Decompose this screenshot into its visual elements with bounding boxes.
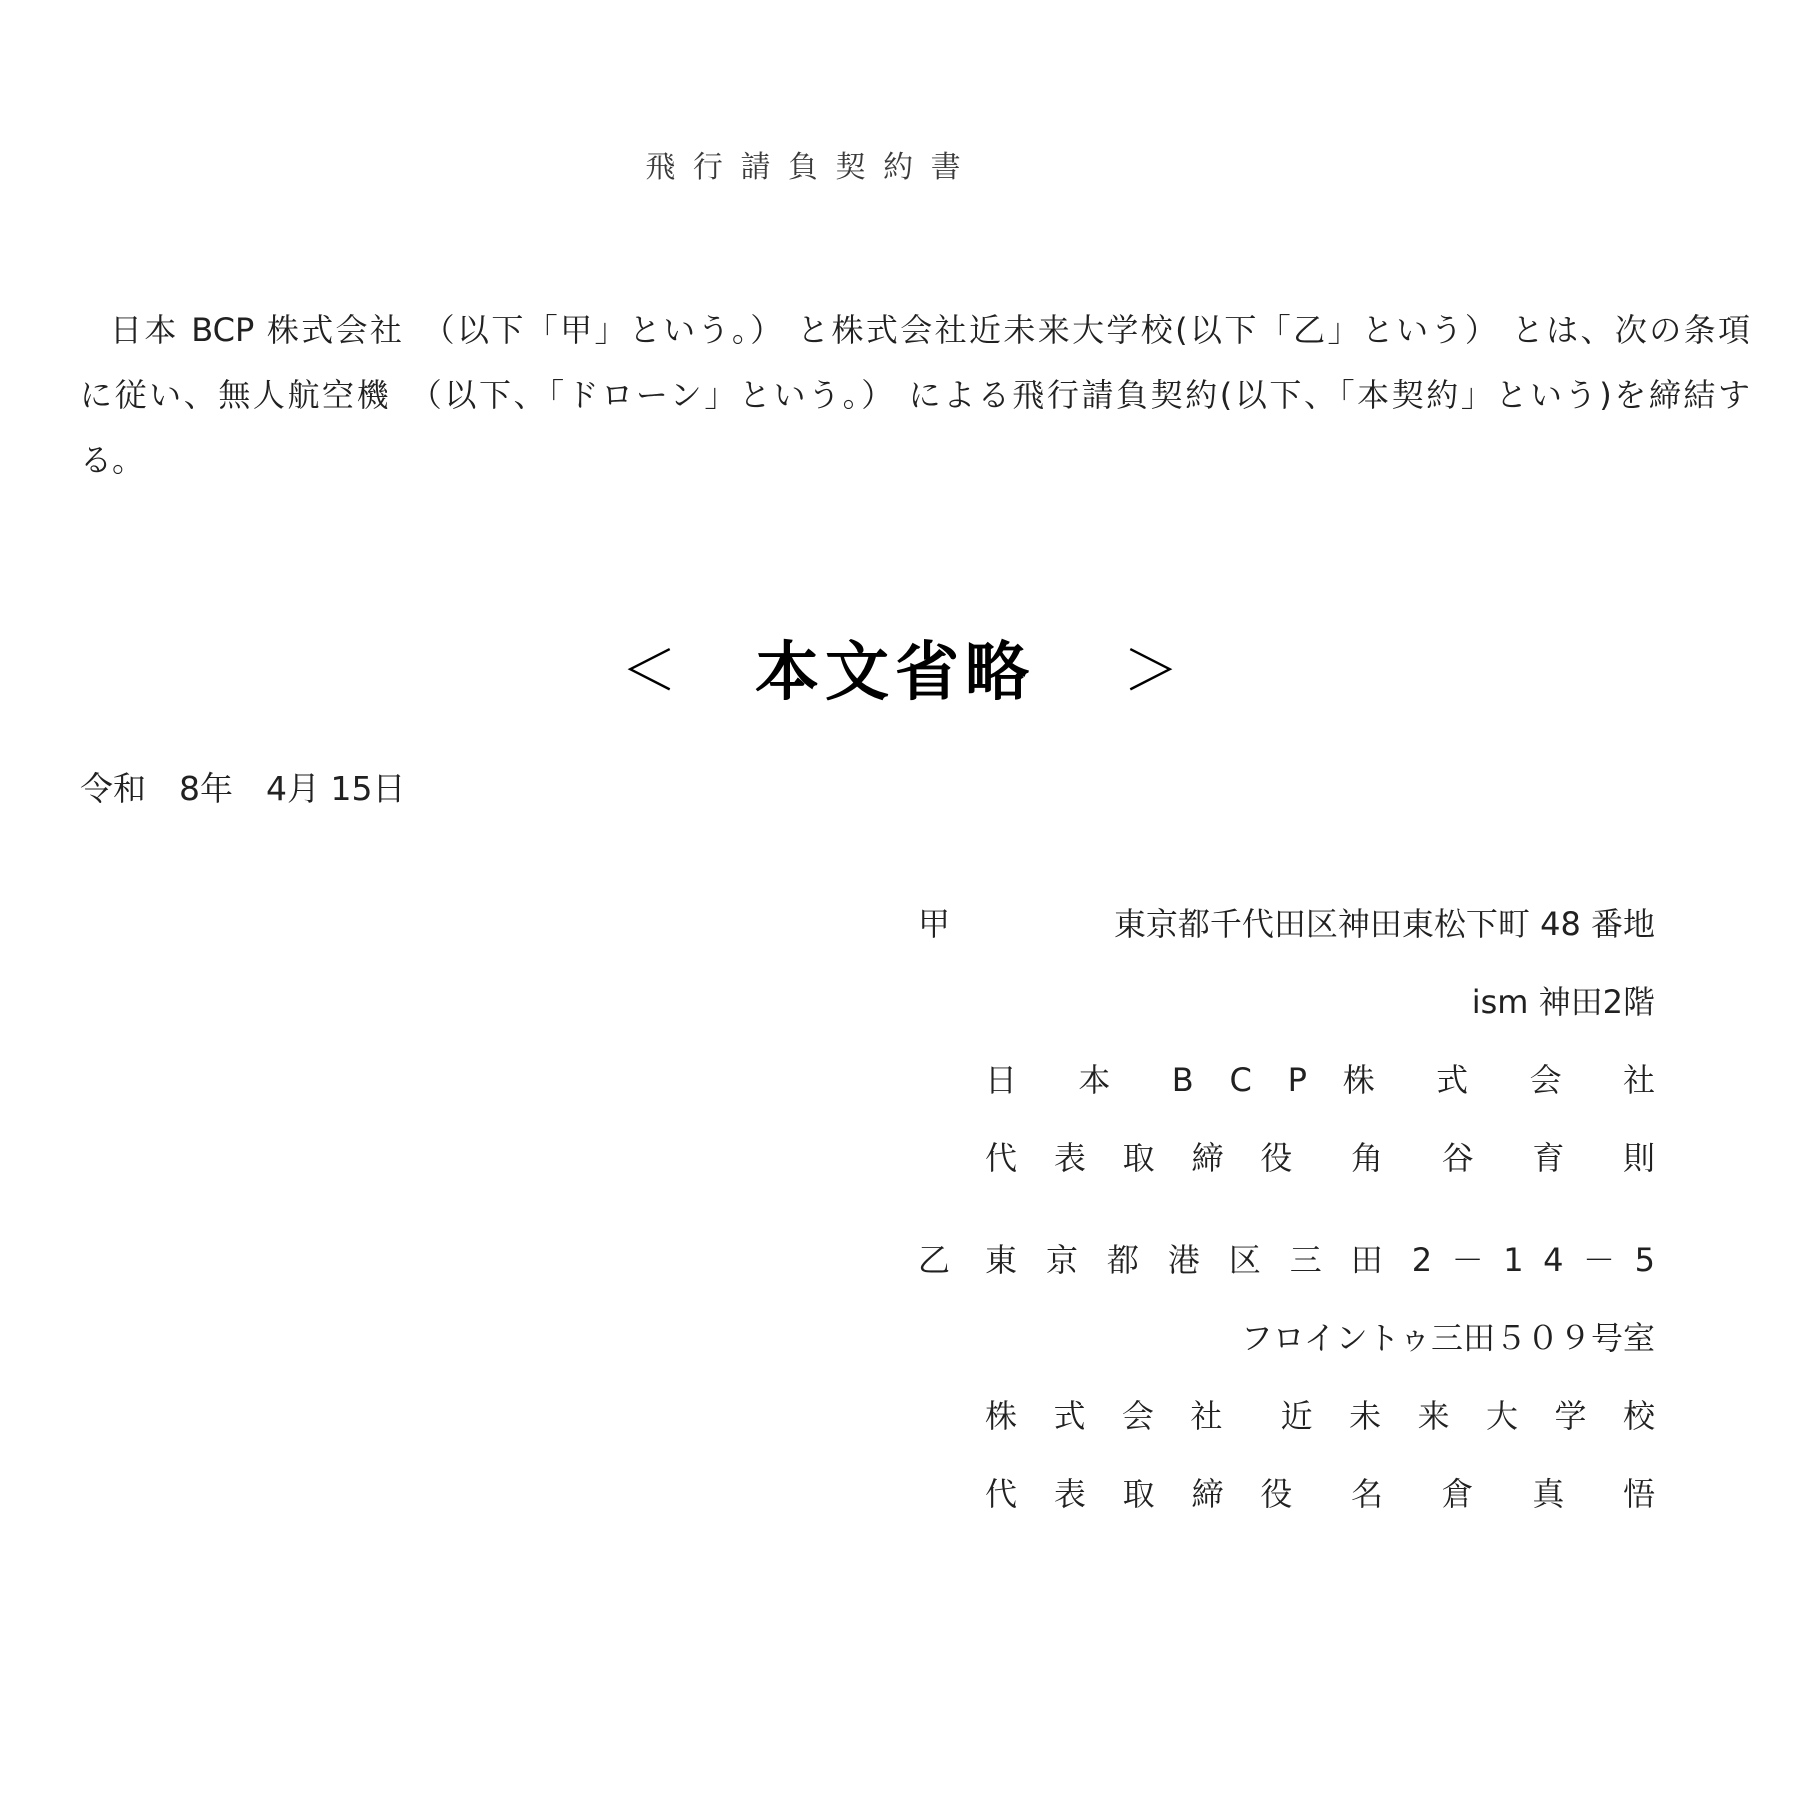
party-kou-building-line: ism 神田2階: [985, 963, 1655, 1041]
spacer: [918, 1119, 985, 1197]
party-kou-company-name: 日 本 B C P 株 式 会 社: [985, 1041, 1655, 1119]
omission-label: 本文省略: [755, 621, 1035, 713]
party-otsu-representative-name: 代 表 取 締 役 名 倉 真 悟: [985, 1455, 1655, 1533]
party-otsu-representative-row: 代 表 取 締 役 名 倉 真 悟: [918, 1455, 1655, 1533]
contract-date: 令和 8年 4月 15日: [80, 769, 1800, 809]
party-block-kou: 甲 東京都千代田区神田東松下町 48 番地 ism 神田2階 日 本 B C P…: [918, 885, 1655, 1197]
intro-paragraph: 日本 BCP 株式会社 （以下「甲」という。） と株式会社近未来大学校(以下「乙…: [80, 298, 1750, 493]
party-otsu-address-line: 東 京 都 港 区 三 田 2 － 1 4 － 5: [985, 1221, 1655, 1299]
omitted-body-heading: ＜ 本文省略 ＞: [0, 621, 1800, 713]
party-kou-address-row: 甲 東京都千代田区神田東松下町 48 番地: [918, 885, 1655, 963]
party-otsu-company-row: 株 式 会 社 近 未 来 大 学 校: [918, 1377, 1655, 1455]
paragraph-line-2: に従い、無人航空機 （以下、「ドローン」という。） による飛行請負契約(以下、「…: [80, 363, 1750, 428]
party-otsu-company-name: 株 式 会 社 近 未 来 大 学 校: [985, 1377, 1655, 1455]
party-otsu-address-row: 乙 東 京 都 港 区 三 田 2 － 1 4 － 5: [918, 1221, 1655, 1299]
document-title: 飛 行 請 負 契 約 書: [0, 150, 1705, 186]
close-angle-bracket: ＞: [1123, 627, 1179, 707]
party-otsu-label: 乙: [918, 1221, 985, 1299]
open-angle-bracket: ＜: [621, 627, 677, 707]
paragraph-line-3: る。: [80, 428, 1750, 493]
party-block-otsu: 乙 東 京 都 港 区 三 田 2 － 1 4 － 5 フロイントゥ三田５０９号…: [918, 1221, 1655, 1533]
party-kou-representative-name: 代 表 取 締 役 角 谷 育 則: [985, 1119, 1655, 1197]
spacer: [918, 1299, 985, 1377]
party-kou-company-row: 日 本 B C P 株 式 会 社: [918, 1041, 1655, 1119]
paragraph-line-1: 日本 BCP 株式会社 （以下「甲」という。） と株式会社近未来大学校(以下「乙…: [80, 298, 1750, 363]
spacer: [918, 1041, 985, 1119]
party-kou-address-line: 東京都千代田区神田東松下町 48 番地: [985, 885, 1655, 963]
party-kou-address2-row: ism 神田2階: [918, 963, 1655, 1041]
spacer: [918, 1455, 985, 1533]
spacer: [918, 963, 985, 1041]
party-otsu-building-line: フロイントゥ三田５０９号室: [985, 1299, 1655, 1377]
spacer: [918, 1377, 985, 1455]
party-kou-representative-row: 代 表 取 締 役 角 谷 育 則: [918, 1119, 1655, 1197]
party-kou-label: 甲: [918, 885, 985, 963]
party-otsu-address2-row: フロイントゥ三田５０９号室: [918, 1299, 1655, 1377]
